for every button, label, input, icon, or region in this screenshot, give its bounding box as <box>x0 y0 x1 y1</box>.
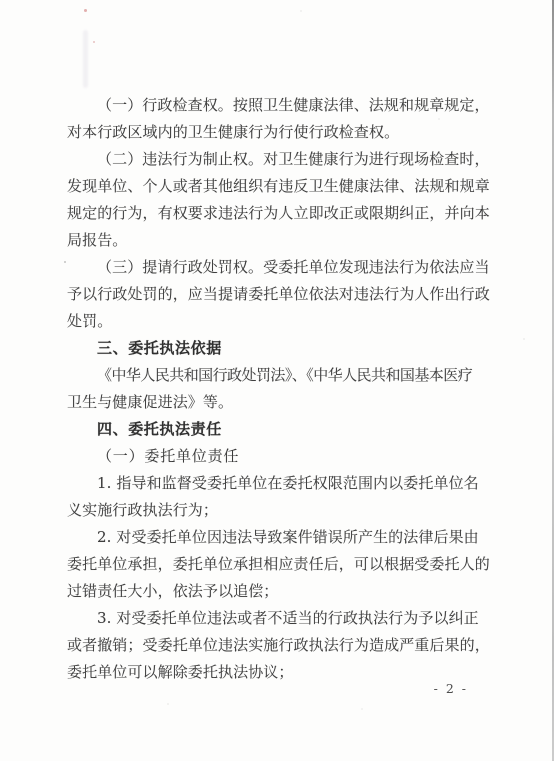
text-line: 予以行政处罚的，应当提请委托单位依法对违法行为人作出行政 <box>67 281 517 308</box>
text-line: 委托单位承担，委托单位承担相应责任后，可以根据受委托人的 <box>67 551 517 578</box>
scan-speck <box>300 10 302 12</box>
text-line: 义实施行政执法行为； <box>67 497 517 524</box>
text-line: 2. 对受委托单位因违法导致案件错误所产生的法律后果由 <box>67 524 517 551</box>
text-line: （一）行政检查权。按照卫生健康法律、法规和规章规定， <box>67 92 517 119</box>
text-line: 对本行政区域内的卫生健康行为行使行政检查权。 <box>67 119 517 146</box>
scan-speck <box>64 261 66 263</box>
subsection-heading-entrusting-unit: （一）委托单位责任 <box>67 443 517 470</box>
text-line: 卫生与健康促进法》等。 <box>67 389 517 416</box>
text-line: 《中华人民共和国行政处罚法》、《中华人民共和国基本医疗 <box>67 362 517 389</box>
text-line: 3. 对受委托单位违法或者不适当的行政执法行为予以纠正 <box>67 605 517 632</box>
section-heading-responsibility: 四、委托执法责任 <box>67 416 517 443</box>
text-line: （三）提请行政处罚权。受委托单位发现违法行为依法应当 <box>67 254 517 281</box>
text-line: 局报告。 <box>67 227 517 254</box>
scan-speck <box>93 41 95 43</box>
document-body: （一）行政检查权。按照卫生健康法律、法规和规章规定， 对本行政区域内的卫生健康行… <box>67 92 517 686</box>
text-line: 过错责任大小，依法予以追偿； <box>67 578 517 605</box>
text-line: 规定的行为，有权要求违法行为人立即改正或限期纠正，并向本 <box>67 200 517 227</box>
text-line: 1. 指导和监督受委托单位在委托权限范围内以委托单位名 <box>67 470 517 497</box>
text-line: （二）违法行为制止权。对卫生健康行为进行现场检查时， <box>67 146 517 173</box>
scanned-document-page: （一）行政检查权。按照卫生健康法律、法规和规章规定， 对本行政区域内的卫生健康行… <box>0 0 554 761</box>
scan-speck <box>84 9 87 12</box>
scan-smudge <box>83 30 88 88</box>
section-heading-basis: 三、委托执法依据 <box>67 335 517 362</box>
text-line: 处罚。 <box>67 308 517 335</box>
page-number: - 2 - <box>434 681 468 696</box>
text-line: 发现单位、个人或者其他组织有违反卫生健康法律、法规和规章 <box>67 173 517 200</box>
scan-speck <box>361 708 363 710</box>
scan-speck <box>523 338 525 340</box>
scan-speck <box>167 703 169 705</box>
text-line: 或者撤销；受委托单位违法实施行政执法行为造成严重后果的， <box>67 632 517 659</box>
